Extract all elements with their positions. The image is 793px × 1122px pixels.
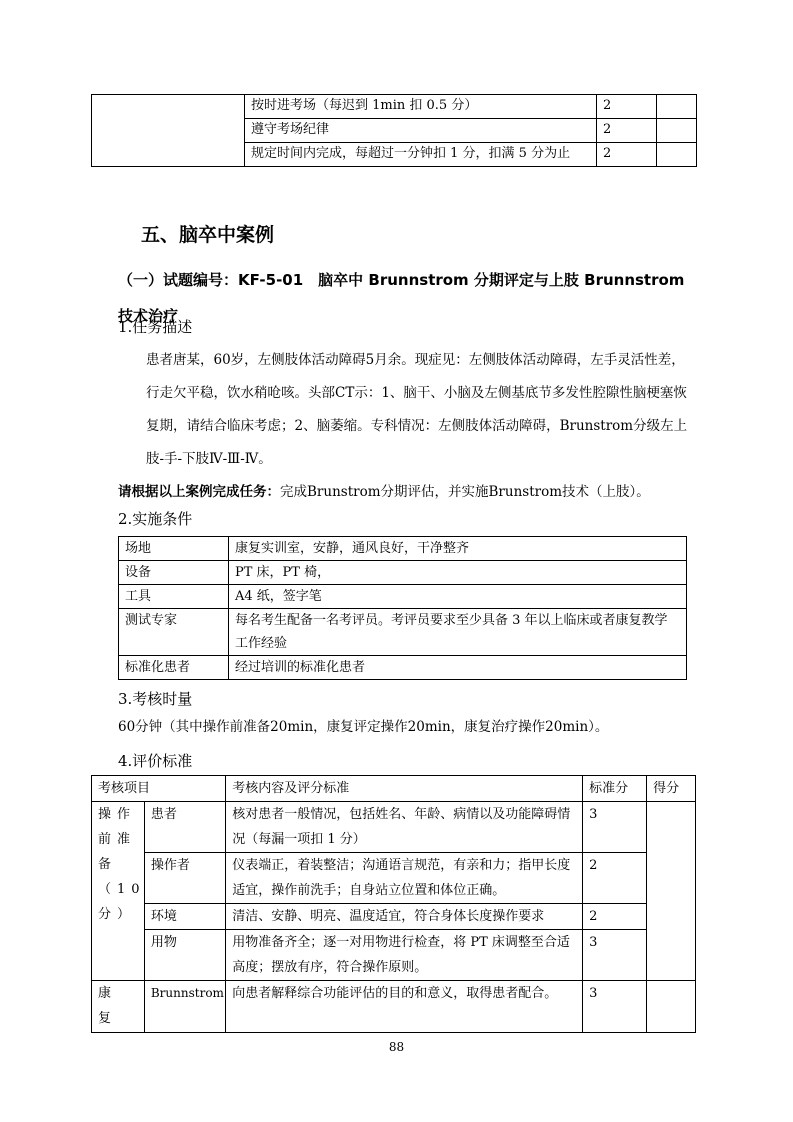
header-item: 考核项目	[92, 776, 226, 802]
earned-score	[647, 981, 696, 1033]
condition-label: 场地	[119, 537, 229, 561]
standard-score: 3	[583, 930, 647, 981]
table-row: 场地康复实训室，安静，通风良好，干净整齐	[119, 537, 687, 561]
condition-value: A4 纸，签字笔	[229, 585, 687, 609]
conditions-heading: 2.实施条件	[118, 508, 192, 529]
criterion-content: 按时进考场（每迟到 1min 扣 0.5 分）	[245, 95, 597, 119]
condition-label: 测试专家	[119, 609, 229, 656]
header-score: 标准分	[583, 776, 647, 802]
criterion-content: 用物准备齐全；逐一对用物进行检查，将 PT 床调整至合适高度；摆放有序，符合操作…	[226, 930, 583, 981]
criterion-content: 核对患者一般情况，包括姓名、年龄、病情以及功能障碍情况（每漏一项扣 1 分）	[226, 802, 583, 853]
criteria-heading: 4.评价标准	[118, 750, 192, 771]
table-header-row: 考核项目 考核内容及评分标准 标准分 得分	[92, 776, 696, 802]
table-row: 工具A4 纸，签字笔	[119, 585, 687, 609]
condition-label: 工具	[119, 585, 229, 609]
case-text: 患者唐某，60岁，左侧肢体活动障碍5月余。现症见：左侧肢体活动障碍，左手灵活性差…	[118, 344, 696, 476]
table-row: 标准化患者经过培训的标准化患者	[119, 656, 687, 680]
header-content: 考核内容及评分标准	[226, 776, 583, 802]
task-heading: 1.任务描述	[118, 316, 192, 337]
duration-heading: 3.考核时量	[118, 688, 192, 709]
earned-score	[657, 95, 697, 119]
sub-item: 患者	[144, 802, 225, 853]
task-description: 患者唐某，60岁，左侧肢体活动障碍5月余。现症见：左侧肢体活动障碍，左手灵活性差…	[118, 344, 696, 509]
sub-item: 用物	[144, 930, 225, 981]
condition-value: 每名考生配备一名考评员。考评员要求至少具备 3 年以上临床或者康复教学工作经验	[229, 609, 687, 656]
earned-score	[657, 119, 697, 143]
evaluation-criteria-table: 考核项目 考核内容及评分标准 标准分 得分 操作前准备（10分） 患者 核对患者…	[91, 775, 696, 1033]
group-label: 操作前准备（10分）	[92, 802, 145, 981]
empty-cell	[92, 95, 245, 167]
instruction-label: 请根据以上案例完成任务：	[118, 484, 280, 500]
page-number: 88	[0, 1040, 793, 1054]
standard-score: 2	[597, 119, 657, 143]
earned-score	[647, 802, 696, 981]
sub-item: 操作者	[144, 853, 225, 904]
standard-score: 3	[583, 981, 647, 1033]
standard-score: 3	[583, 802, 647, 853]
condition-value: PT 床，PT 椅，	[229, 561, 687, 585]
table-row: 操作前准备（10分） 患者 核对患者一般情况，包括姓名、年龄、病情以及功能障碍情…	[92, 802, 696, 853]
table-row: 设备PT 床，PT 椅，	[119, 561, 687, 585]
sub-item: 环境	[144, 904, 225, 930]
prev-scoring-table: 按时进考场（每迟到 1min 扣 0.5 分） 2 遵守考场纪律 2 规定时间内…	[91, 94, 697, 167]
section-title: 五、脑卒中案例	[141, 220, 274, 247]
criterion-content: 向患者解释综合功能评估的目的和意义，取得患者配合。	[226, 981, 583, 1033]
group-label: 康复	[92, 981, 145, 1033]
condition-value: 经过培训的标准化患者	[229, 656, 687, 680]
table-row: 康复 Brunnstrom 向患者解释综合功能评估的目的和意义，取得患者配合。 …	[92, 981, 696, 1033]
criterion-content: 规定时间内完成，每超过一分钟扣 1 分，扣满 5 分为止	[245, 143, 597, 167]
criterion-content: 仪表端正，着装整洁；沟通语言规范，有亲和力；指甲长度适宜，操作前洗手；自身站立位…	[226, 853, 583, 904]
table-row: 测试专家每名考生配备一名考评员。考评员要求至少具备 3 年以上临床或者康复教学工…	[119, 609, 687, 656]
condition-label: 设备	[119, 561, 229, 585]
table-row: 用物 用物准备齐全；逐一对用物进行检查，将 PT 床调整至合适高度；摆放有序，符…	[92, 930, 696, 981]
task-instruction: 请根据以上案例完成任务：完成Brunstrom分期评估，并实施Brunstrom…	[118, 476, 696, 509]
criterion-content: 清洁、安静、明亮、温度适宜，符合身体长度操作要求	[226, 904, 583, 930]
conditions-table: 场地康复实训室，安静，通风良好，干净整齐 设备PT 床，PT 椅， 工具A4 纸…	[118, 536, 687, 680]
subsection-title: （一）试题编号：KF-5-01 脑卒中 Brunnstrom 分期评定与上肢 B…	[118, 262, 698, 334]
standard-score: 2	[583, 853, 647, 904]
table-row: 环境 清洁、安静、明亮、温度适宜，符合身体长度操作要求 2	[92, 904, 696, 930]
standard-score: 2	[597, 143, 657, 167]
document-page: 按时进考场（每迟到 1min 扣 0.5 分） 2 遵守考场纪律 2 规定时间内…	[0, 0, 793, 1122]
duration-text: 60分钟（其中操作前准备20min，康复评定操作20min，康复治疗操作20mi…	[118, 714, 696, 740]
standard-score: 2	[597, 95, 657, 119]
standard-score: 2	[583, 904, 647, 930]
earned-score	[657, 143, 697, 167]
table-row: 按时进考场（每迟到 1min 扣 0.5 分） 2	[92, 95, 697, 119]
condition-value: 康复实训室，安静，通风良好，干净整齐	[229, 537, 687, 561]
table-row: 操作者 仪表端正，着装整洁；沟通语言规范，有亲和力；指甲长度适宜，操作前洗手；自…	[92, 853, 696, 904]
sub-item: Brunnstrom	[144, 981, 225, 1033]
instruction-text: 完成Brunstrom分期评估，并实施Brunstrom技术（上肢）。	[280, 484, 650, 500]
criterion-content: 遵守考场纪律	[245, 119, 597, 143]
condition-label: 标准化患者	[119, 656, 229, 680]
header-got: 得分	[647, 776, 696, 802]
